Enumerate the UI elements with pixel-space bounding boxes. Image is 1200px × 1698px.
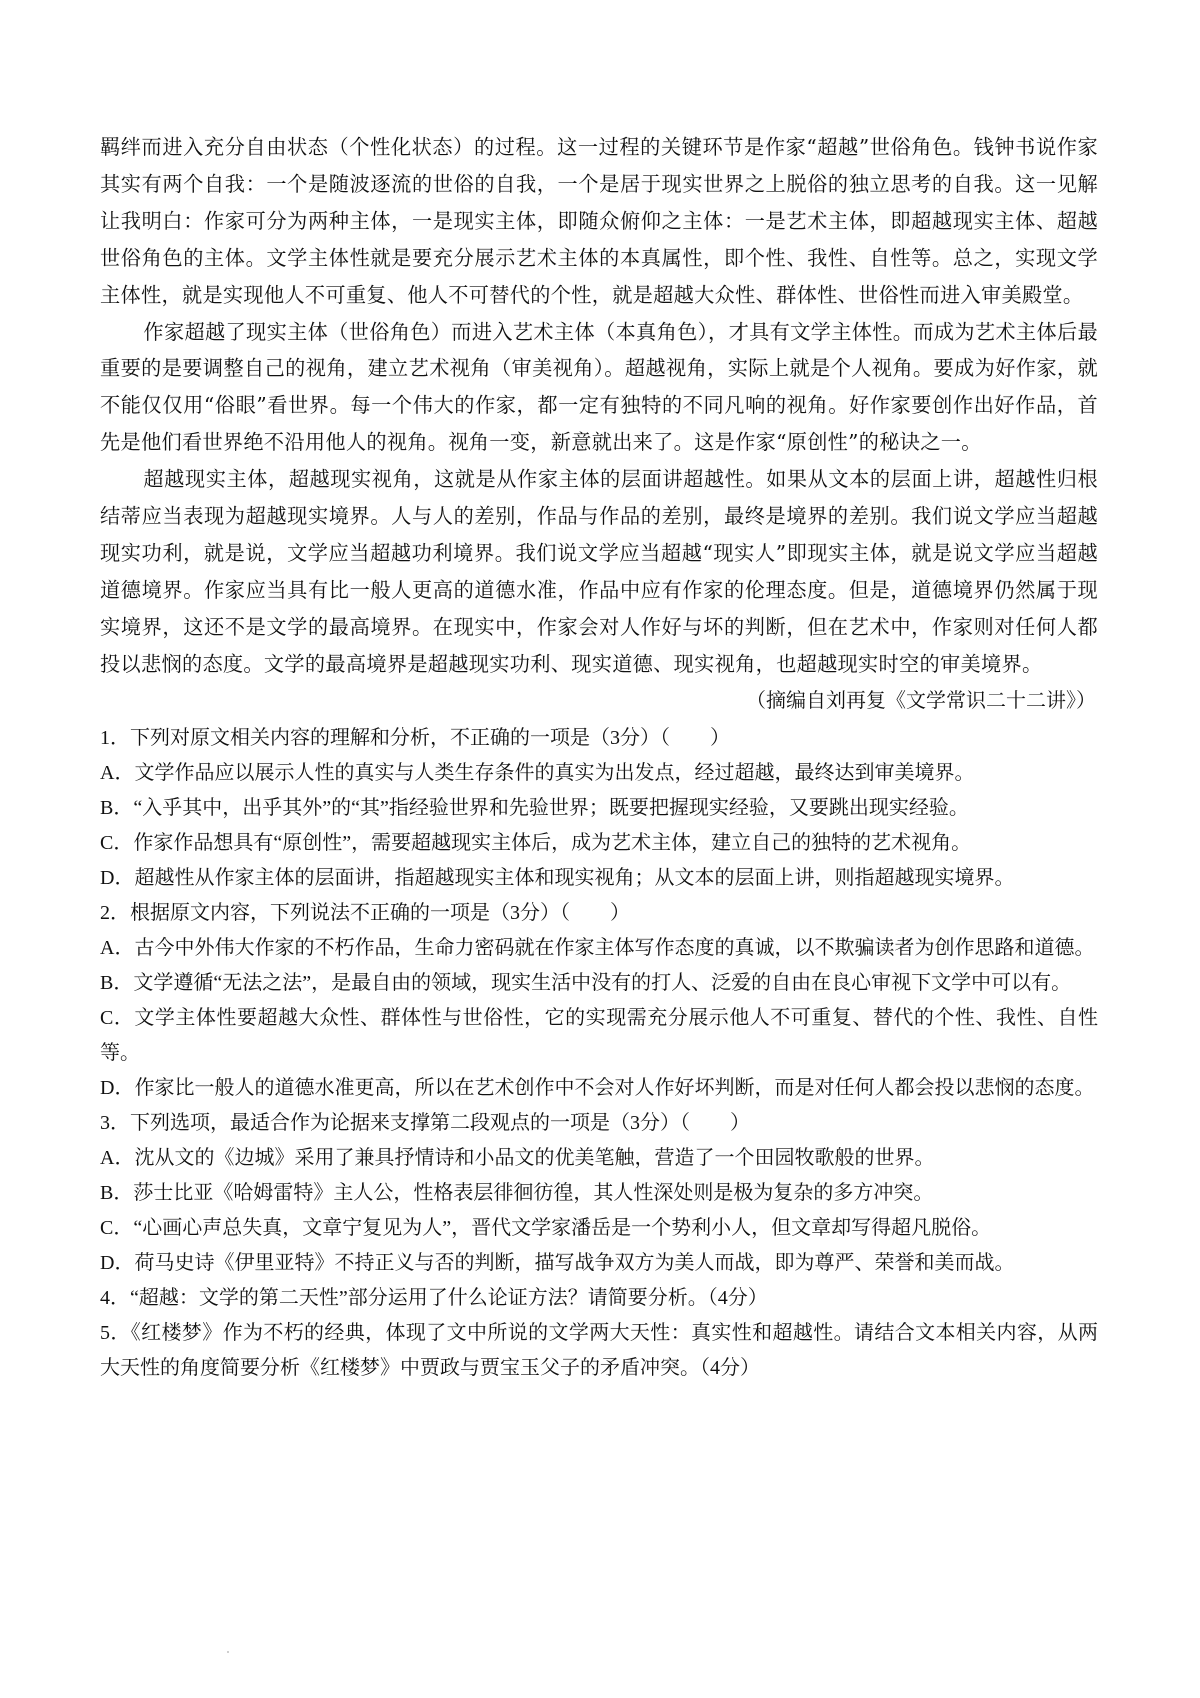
question-text: 《红楼梦》作为不朽的经典，体现了文中所说的文学两大天性：真实性和超越性。请结合文…: [100, 1322, 1098, 1379]
option-c[interactable]: C．“心画心声总失真，文章宁复见为人”，晋代文学家潘岳是一个势利小人，但文章却写…: [100, 1211, 1098, 1246]
option-text: 古今中外伟大作家的不朽作品，生命力密码就在作家主体写作态度的真诚，以不欺骗读者为…: [134, 937, 1094, 959]
question-text: “超越：文学的第二天性”部分运用了什么论证方法？请简要分析。（4分）: [130, 1287, 768, 1309]
option-text: 文学主体性要超越大众性、群体性与世俗性，它的实现需充分展示他人不可重复、替代的个…: [100, 1007, 1098, 1064]
option-letter: A．: [100, 762, 134, 784]
option-text: 莎士比亚《哈姆雷特》主人公，性格表层徘徊彷徨，其人性深处则是极为复杂的多方冲突。: [133, 1182, 933, 1204]
question-5: 5．《红楼梦》作为不朽的经典，体现了文中所说的文学两大天性：真实性和超越性。请结…: [100, 1316, 1098, 1386]
passage-paragraph-2: 作家超越了现实主体（世俗角色）而进入艺术主体（本真角色），才具有文学主体性。而成…: [100, 314, 1098, 462]
option-a[interactable]: A．古今中外伟大作家的不朽作品，生命力密码就在作家主体写作态度的真诚，以不欺骗读…: [100, 931, 1098, 966]
question-1: 1．下列对原文相关内容的理解和分析，不正确的一项是（3分）（ ） A．文学作品应…: [100, 721, 1098, 896]
option-text: 文学遵循“无法之法”，是最自由的领域，现实生活中没有的打人、泛爱的自由在良心审视…: [133, 972, 1071, 994]
option-letter: A．: [100, 1147, 134, 1169]
question-3: 3．下列选项，最适合作为论据来支撑第二段观点的一项是（3分）（ ） A．沈从文的…: [100, 1106, 1098, 1281]
question-2: 2．根据原文内容，下列说法不正确的一项是（3分）（ ） A．古今中外伟大作家的不…: [100, 896, 1098, 1106]
question-number: 2．: [100, 902, 130, 924]
question-number: 4．: [100, 1287, 130, 1309]
option-d[interactable]: D．超越性从作家主体的层面讲，指超越现实主体和现实视角；从文本的层面上讲，则指超…: [100, 861, 1098, 896]
option-text: “心画心声总失真，文章宁复见为人”，晋代文学家潘岳是一个势利小人，但文章却写得超…: [133, 1217, 991, 1239]
passage-paragraph-1: 羁绊而进入充分自由状态（个性化状态）的过程。这一过程的关键环节是作家“超越”世俗…: [100, 129, 1098, 314]
option-text: 作家作品想具有“原创性”，需要超越现实主体后，成为艺术主体，建立自己的独特的艺术…: [133, 832, 971, 854]
reading-passage: 羁绊而进入充分自由状态（个性化状态）的过程。这一过程的关键环节是作家“超越”世俗…: [100, 129, 1098, 683]
option-letter: A．: [100, 937, 134, 959]
option-text: 文学作品应以展示人性的真实与人类生存条件的真实为出发点，经过超越，最终达到审美境…: [134, 762, 974, 784]
question-4: 4．“超越：文学的第二天性”部分运用了什么论证方法？请简要分析。（4分）: [100, 1281, 1098, 1316]
option-text: 沈从文的《边城》采用了兼具抒情诗和小品文的优美笔触，营造了一个田园牧歌般的世界。: [134, 1147, 934, 1169]
option-letter: B．: [100, 797, 133, 819]
source-citation: （摘编自刘再复《文学常识二十二讲》）: [100, 683, 1098, 719]
option-a[interactable]: A．文学作品应以展示人性的真实与人类生存条件的真实为出发点，经过超越，最终达到审…: [100, 756, 1098, 791]
question-list: 1．下列对原文相关内容的理解和分析，不正确的一项是（3分）（ ） A．文学作品应…: [100, 721, 1098, 1386]
option-a[interactable]: A．沈从文的《边城》采用了兼具抒情诗和小品文的优美笔触，营造了一个田园牧歌般的世…: [100, 1141, 1098, 1176]
exam-page: 羁绊而进入充分自由状态（个性化状态）的过程。这一过程的关键环节是作家“超越”世俗…: [100, 129, 1098, 1386]
option-letter: D．: [100, 867, 134, 889]
question-number: 5．: [100, 1322, 131, 1344]
answer-blank[interactable]: （ ）: [660, 727, 730, 749]
answer-blank[interactable]: （ ）: [680, 1112, 750, 1134]
option-letter: C．: [100, 1007, 134, 1029]
question-stem: 3．下列选项，最适合作为论据来支撑第二段观点的一项是（3分）（ ）: [100, 1106, 1098, 1141]
option-c[interactable]: C．文学主体性要超越大众性、群体性与世俗性，它的实现需充分展示他人不可重复、替代…: [100, 1001, 1098, 1071]
question-number: 3．: [100, 1112, 130, 1134]
question-text: 根据原文内容，下列说法不正确的一项是（3分）: [130, 902, 560, 924]
passage-paragraph-3: 超越现实主体，超越现实视角，这就是从作家主体的层面讲超越性。如果从文本的层面上讲…: [100, 461, 1098, 682]
option-d[interactable]: D．荷马史诗《伊里亚特》不持正义与否的判断，描写战争双方为美人而战，即为尊严、荣…: [100, 1246, 1098, 1281]
question-stem: 1．下列对原文相关内容的理解和分析，不正确的一项是（3分）（ ）: [100, 721, 1098, 756]
option-letter: C．: [100, 1217, 133, 1239]
question-stem: 5．《红楼梦》作为不朽的经典，体现了文中所说的文学两大天性：真实性和超越性。请结…: [100, 1316, 1098, 1386]
option-letter: C．: [100, 832, 133, 854]
option-b[interactable]: B．“入乎其中，出乎其外”的“其”指经验世界和先验世界；既要把握现实经验，又要跳…: [100, 791, 1098, 826]
question-stem: 4．“超越：文学的第二天性”部分运用了什么论证方法？请简要分析。（4分）: [100, 1281, 1098, 1316]
answer-blank[interactable]: （ ）: [560, 902, 630, 924]
scan-speck: [227, 1651, 229, 1653]
option-letter: D．: [100, 1077, 134, 1099]
option-text: “入乎其中，出乎其外”的“其”指经验世界和先验世界；既要把握现实经验，又要跳出现…: [133, 797, 969, 819]
option-text: 荷马史诗《伊里亚特》不持正义与否的判断，描写战争双方为美人而战，即为尊严、荣誉和…: [134, 1252, 1014, 1274]
option-b[interactable]: B．莎士比亚《哈姆雷特》主人公，性格表层徘徊彷徨，其人性深处则是极为复杂的多方冲…: [100, 1176, 1098, 1211]
option-text: 超越性从作家主体的层面讲，指超越现实主体和现实视角；从文本的层面上讲，则指超越现…: [134, 867, 1014, 889]
option-letter: B．: [100, 1182, 133, 1204]
option-c[interactable]: C．作家作品想具有“原创性”，需要超越现实主体后，成为艺术主体，建立自己的独特的…: [100, 826, 1098, 861]
option-text: 作家比一般人的道德水准更高，所以在艺术创作中不会对人作好坏判断，而是对任何人都会…: [134, 1077, 1094, 1099]
question-stem: 2．根据原文内容，下列说法不正确的一项是（3分）（ ）: [100, 896, 1098, 931]
question-text: 下列选项，最适合作为论据来支撑第二段观点的一项是（3分）: [130, 1112, 680, 1134]
option-letter: B．: [100, 972, 133, 994]
question-number: 1．: [100, 727, 130, 749]
option-letter: D．: [100, 1252, 134, 1274]
option-b[interactable]: B．文学遵循“无法之法”，是最自由的领域，现实生活中没有的打人、泛爱的自由在良心…: [100, 966, 1098, 1001]
question-text: 下列对原文相关内容的理解和分析，不正确的一项是（3分）: [130, 727, 660, 749]
option-d[interactable]: D．作家比一般人的道德水准更高，所以在艺术创作中不会对人作好坏判断，而是对任何人…: [100, 1071, 1098, 1106]
